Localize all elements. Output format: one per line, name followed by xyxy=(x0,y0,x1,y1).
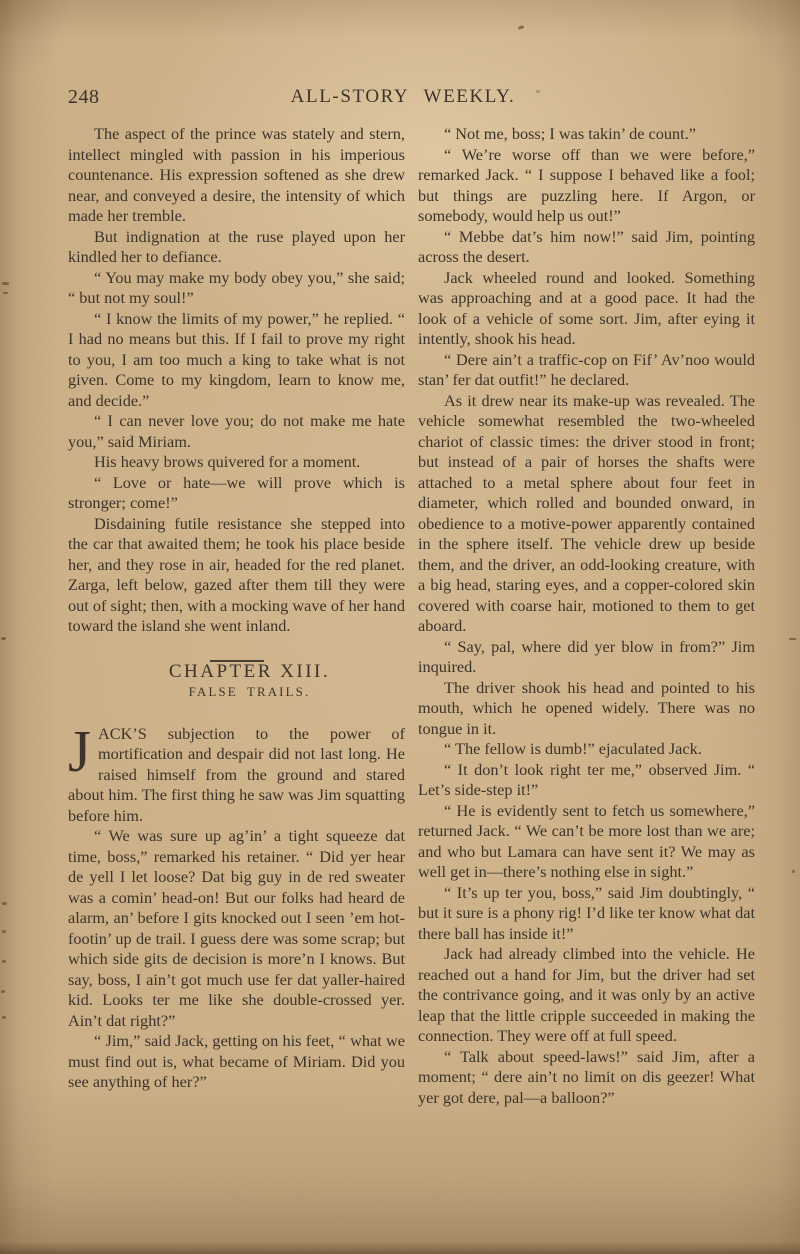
story-paragraph: “ I know the limits of my power,” he rep… xyxy=(68,309,405,412)
paper-speck xyxy=(2,1016,6,1019)
paper-speck xyxy=(3,292,8,294)
two-column-text-block: The aspect of the prince was stately and… xyxy=(68,124,756,1108)
paper-speck xyxy=(1,637,6,640)
paper-speck xyxy=(536,90,540,93)
paper-speck xyxy=(789,638,796,640)
paper-speck xyxy=(1,990,5,993)
story-paragraph: “ Dere ain’t a traffic-cop on Fif’ Av’no… xyxy=(418,350,755,391)
story-paragraph: “ Jim,” said Jack, getting on his feet, … xyxy=(68,1031,405,1093)
story-paragraph: “ He is evidently sent to fetch us somew… xyxy=(418,801,755,883)
story-paragraph: “ We’re worse off than we were before,” … xyxy=(418,145,755,227)
story-paragraph: “ Say, pal, where did yer blow in from?”… xyxy=(418,637,755,678)
story-paragraph: His heavy brows quivered for a moment. xyxy=(68,452,405,473)
chapter-heading: CHAPTER XIII. xyxy=(68,662,405,683)
story-paragraph: But indignation at the ruse played upon … xyxy=(68,227,405,268)
story-paragraph: “ It’s up ter you, boss,” said Jim doubt… xyxy=(418,883,755,945)
paper-speck xyxy=(2,282,9,285)
magazine-page-scan: 248 ALL-STORY WEEKLY. The aspect of the … xyxy=(0,0,800,1254)
chapter-subtitle: FALSE TRAILS. xyxy=(68,682,405,703)
story-paragraph: The aspect of the prince was stately and… xyxy=(68,124,405,227)
story-paragraph: “ It don’t look right ter me,” observed … xyxy=(418,760,755,801)
story-paragraph: “ I can never love you; do not make me h… xyxy=(68,411,405,452)
story-paragraph: “ We was sure up ag’in’ a tight squeeze … xyxy=(68,826,405,1031)
running-header: 248 ALL-STORY WEEKLY. xyxy=(68,84,756,110)
story-paragraph: Jack wheeled round and looked. Something… xyxy=(418,268,755,350)
page-content: 248 ALL-STORY WEEKLY. The aspect of the … xyxy=(68,84,756,1108)
right-column: “ Not me, boss; I was takin’ de count.” … xyxy=(418,124,755,1108)
story-paragraph: “ You may make my body obey you,” she sa… xyxy=(68,268,405,309)
drop-cap-letter: J xyxy=(68,727,91,784)
paper-speck xyxy=(2,930,6,933)
paper-speck xyxy=(2,902,7,905)
paper-speck xyxy=(2,960,6,963)
story-paragraph-dropcap: JACK’S subjection to the power of mortif… xyxy=(68,724,405,827)
left-column: The aspect of the prince was stately and… xyxy=(68,124,405,1108)
paper-speck xyxy=(792,870,795,873)
story-paragraph: As it drew near its make-up was revealed… xyxy=(418,391,755,637)
paper-speck xyxy=(518,25,525,30)
running-title: ALL-STORY WEEKLY. xyxy=(68,86,738,108)
story-paragraph: Disdaining futile resistance she stepped… xyxy=(68,514,405,637)
story-paragraph: The driver shook his head and pointed to… xyxy=(418,678,755,740)
story-paragraph: Jack had already climbed into the vehicl… xyxy=(418,944,755,1047)
story-paragraph: “ Not me, boss; I was takin’ de count.” xyxy=(418,124,755,145)
story-paragraph: “ Mebbe dat’s him now!” said Jim, pointi… xyxy=(418,227,755,268)
story-paragraph: “ The fellow is dumb!” ejaculated Jack. xyxy=(418,739,755,760)
story-paragraph: “ Love or hate—we will prove which is st… xyxy=(68,473,405,514)
story-paragraph: “ Talk about speed-laws!” said Jim, afte… xyxy=(418,1047,755,1109)
dropcap-paragraph-text: ACK’S subjection to the power of mortifi… xyxy=(68,724,405,825)
